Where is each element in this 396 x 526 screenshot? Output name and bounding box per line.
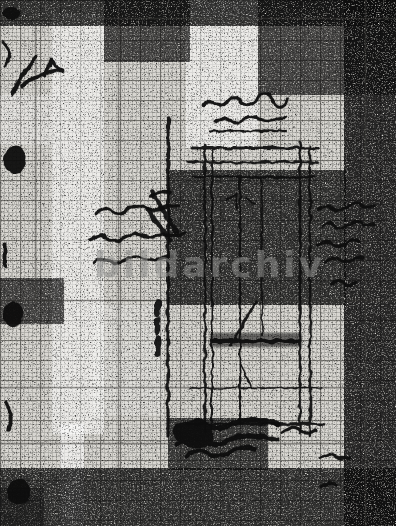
scanned-document: bildarchiv xyxy=(0,0,396,526)
white-specks-bottom xyxy=(0,468,396,526)
dark-zone-top-mid xyxy=(104,0,190,62)
watermark-text: bildarchiv xyxy=(94,245,325,286)
drawing-inner-shadow-band xyxy=(210,333,302,347)
scan-canvas: bildarchiv xyxy=(0,0,396,526)
white-specks-right xyxy=(344,0,396,526)
drawing-left-dashes xyxy=(157,302,158,354)
